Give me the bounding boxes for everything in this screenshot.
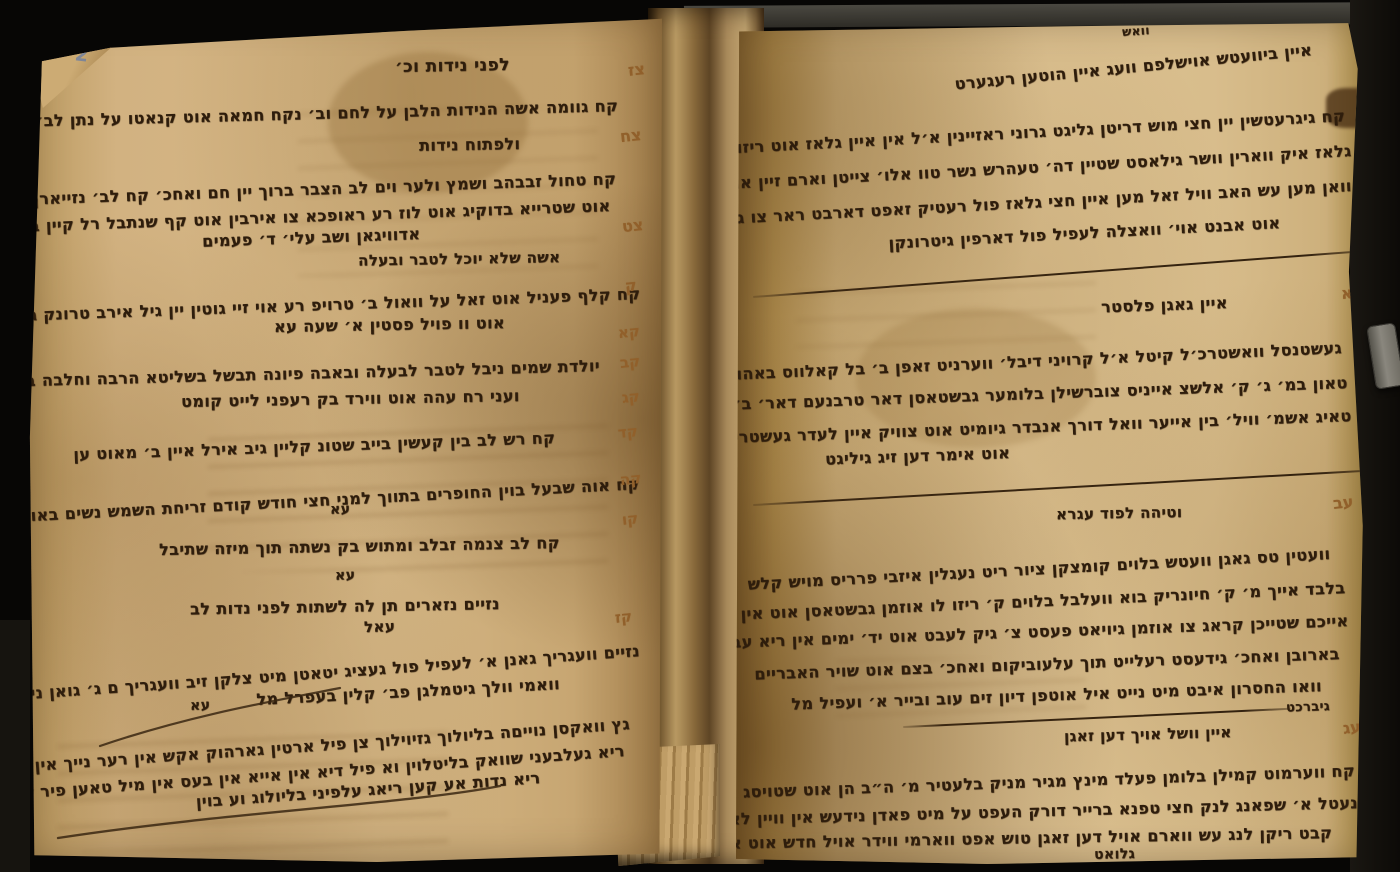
manuscript-line: אוט אימר דען זיג גיליגט [825,445,1011,467]
section-heading-note: וואש [1122,24,1150,38]
manuscript-line: אדוויגאן ושב עלי׳ ד׳ פעמים [201,226,420,250]
section-heading: איין וושל אויך דען זאגן [1064,725,1232,744]
margin-number: עג [1342,719,1361,737]
catchword: גיברכט [1286,700,1330,715]
margin-number: קז [614,609,633,626]
manuscript-line: קבט ריקן לנג עש ווארם אויל דען זאגן טוש … [709,825,1332,852]
manuscript-line: קח אוה שבעל בוין החופרים בתווך למני חצי … [0,476,640,530]
margin-number: צז [627,61,645,79]
section-end-mark: עא [329,502,350,517]
margin-number: ק [624,277,637,294]
margin-number: קב [619,354,641,371]
manuscript-line: אוט אבנט אוי׳ וואצלה לעפיל פול דארפין גי… [888,215,1281,252]
margin-number: צט [621,217,644,235]
ruled-divider [753,249,1383,298]
margin-number: קג [621,389,640,406]
ink-folio-mark: עב [54,21,78,44]
manuscript-line: קח לב צנמה זבלב ומתוש בק נשתה תוך מיזה ש… [159,535,560,558]
right-page: ע וואש איין ביוועטש אוישלפם וועג איין הו… [736,18,1364,864]
margin-number: עב [1332,494,1354,512]
manuscript-line: ולפתוח נידות [419,136,521,154]
manuscript-line: אוט וו פויל פסטין א׳ שעה עא [274,315,505,335]
section-tail-word: גלואט [1094,847,1135,862]
section-heading: איין גאגן פלסטר [1101,295,1228,315]
manuscript-line: קח רש לב בין קעשין בייב שטונ קליין גיב א… [73,430,555,463]
margin-number: קה [619,471,642,488]
section-heading: איין ביוועטש אוישלפם וועג איין הוטען רעג… [954,42,1313,92]
manuscript-line: ועני רח עהה אוט ווירד בק רעפני לייט קומט [181,388,520,410]
section-heading: וטיהה לפוד עגרא [1056,505,1183,522]
manuscript-line: בארובן ואחכ׳ גידעסט רעלייט תוך עלעוביקום… [754,646,1340,682]
book-board-left-edge [0,620,30,872]
left-page-corner-fold [30,42,122,108]
section-end-mark: עא [334,568,355,583]
left-page-heading: לפני נידות וכ׳ [395,57,510,76]
margin-number: קד [617,424,638,441]
manuscript-line: וואו החסרון איבט מיט נייט איל אוטפן דיון… [791,678,1322,713]
margin-number: צח [619,127,642,145]
section-end-mark: עא [189,698,210,713]
manuscript-photo: { "artifact": { "description": "Open han… [0,0,1400,872]
ruled-divider [903,708,1291,728]
section-end-mark: עאל [364,619,396,635]
margin-number: קא [617,324,640,341]
ruled-divider [753,468,1397,506]
left-page: עב 2 לפני נידות וכ׳ קח גוומה אשה הנידות … [28,12,662,862]
pencil-folio-number: 2 [74,43,89,66]
margin-number: קו [621,511,639,528]
manuscript-line: אשה שלא יוכל לטבר ובעלה [358,250,561,269]
manuscript-line: נזיים נזארים תן לה לשתות לפני נדות לב [190,596,500,617]
